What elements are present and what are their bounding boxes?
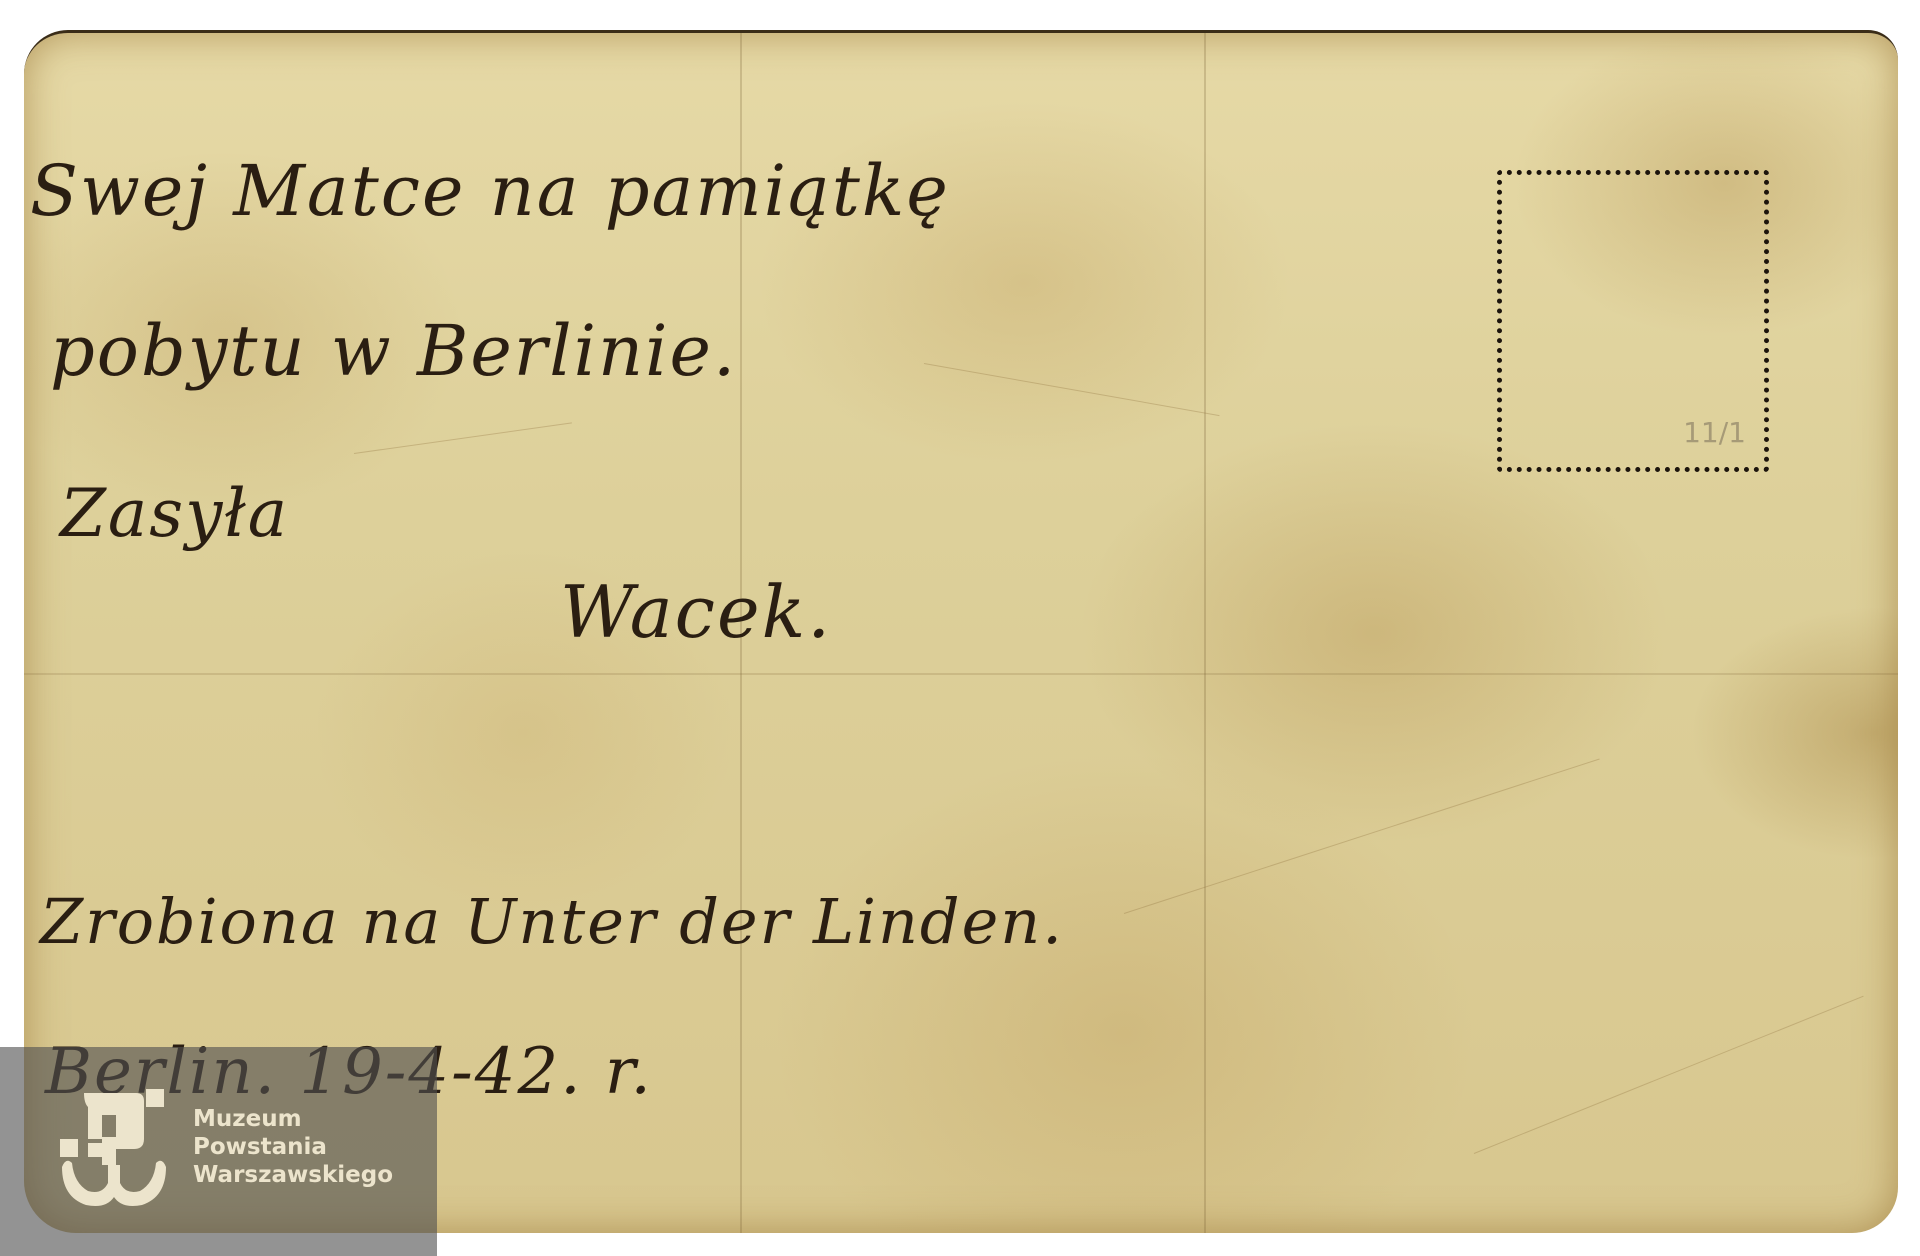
museum-name-line2: Powstania xyxy=(193,1133,393,1161)
fold-line xyxy=(1204,33,1206,1233)
handwriting-line-berlin-stay: pobytu w Berlinie. xyxy=(50,310,737,392)
crease xyxy=(924,363,1220,416)
crease xyxy=(1124,759,1600,914)
museum-name-line1: Muzeum xyxy=(193,1105,393,1133)
crease xyxy=(354,422,572,454)
handwriting-signature: Wacek. xyxy=(560,570,832,654)
crease xyxy=(1474,996,1864,1154)
museum-name-line3: Warszawskiego xyxy=(193,1161,393,1189)
museum-watermark: Muzeum Powstania Warszawskiego xyxy=(0,1047,437,1256)
fold-line xyxy=(24,673,1898,675)
handwriting-line-location: Zrobiona na Unter der Linden. xyxy=(40,885,1064,958)
kotwica-anchor-logo-icon xyxy=(58,1087,168,1207)
handwriting-line-sends: Zasyła xyxy=(60,475,289,552)
handwriting-line-dedication: Swej Matce na pamiątkę xyxy=(30,150,950,232)
stamp-placeholder-box: 11/1 xyxy=(1497,170,1769,472)
stamp-code: 11/1 xyxy=(1683,416,1746,449)
museum-name: Muzeum Powstania Warszawskiego xyxy=(193,1105,393,1189)
